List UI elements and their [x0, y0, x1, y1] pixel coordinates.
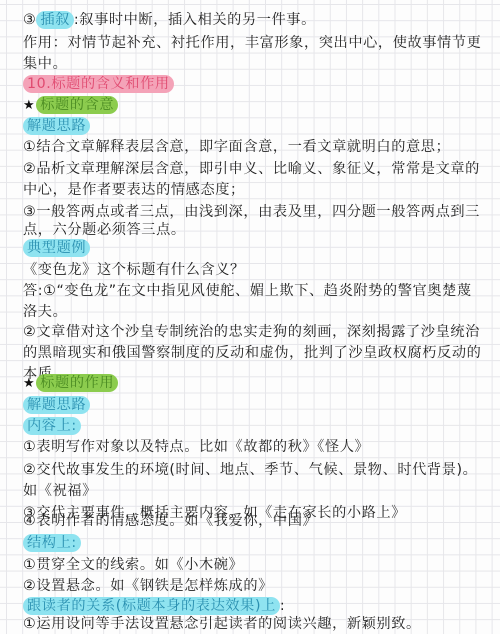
note-line: ③一般答两点或者三点，由浅到深，由表及里，四分题一般答两点到三 — [23, 202, 480, 222]
note-line: ①运用设问等手法设置悬念引起读者的阅读兴趣，新颖别致。 — [23, 614, 480, 634]
star-icon: ★ — [23, 376, 35, 391]
note-line: ②交代故事发生的环境(时间、地点、季节、气候、景物、时代背景)。 — [23, 460, 480, 480]
note-line: 《变色龙》这个标题有什么含义？ — [23, 260, 480, 280]
approach-label: 解题思路 — [23, 117, 90, 135]
example-label-row: 典型题例 — [23, 238, 480, 258]
note-line-insertion: ③插叙:叙事时中断，插入相关的另一件事。 — [23, 10, 480, 30]
note-line: ②设置悬念。如《钢铁是怎样炼成的》 — [23, 576, 480, 596]
subheading-meaning-row: ★标题的含意 — [23, 95, 480, 116]
reader-label-row: 跟读者的关系(标题本身的表达效果)上: — [23, 596, 480, 616]
content-label: 内容上: — [23, 417, 81, 435]
note-line: ①表明写作对象以及特点。比如《故都的秋》《怪人》 — [23, 437, 480, 457]
note-line: ①贯穿全文的线索。如《小木碗》 — [23, 555, 480, 575]
approach-label: 解题思路 — [23, 396, 90, 414]
note-line: 洛夫。 — [23, 302, 480, 322]
structure-label-row: 结构上: — [23, 533, 480, 553]
reader-colon: : — [280, 598, 285, 614]
subheading-meaning: 标题的含意 — [36, 96, 118, 114]
note-line: ②品析文章理解深层含意，即引申义、比喻义、象征义，常常是文章的 — [23, 159, 480, 179]
section-title-row: 10.标题的含义和作用 — [23, 74, 480, 94]
structure-label: 结构上: — [23, 534, 81, 552]
note-line: 答:①“变色龙”在文中指见风使舵、媚上欺下、趋炎附势的警官奥楚蔑 — [23, 281, 480, 301]
approach-label-row: 解题思路 — [23, 395, 480, 415]
section-title: 10.标题的含义和作用 — [23, 75, 174, 93]
note-line: 作用：对情节起补充、衬托作用，丰富形象，突出中心，使故事情节更 — [23, 33, 480, 53]
content-label-row: 内容上: — [23, 416, 480, 436]
approach-label-row: 解题思路 — [23, 116, 480, 136]
note-line: ①结合文章解释表层含意，即字面含意，一看文章就明白的意思； — [23, 137, 480, 157]
note-line: 如《祝福》 — [23, 481, 480, 501]
reader-label: 跟读者的关系(标题本身的表达效果)上 — [23, 597, 280, 615]
subheading-function-row: ★标题的作用 — [23, 373, 480, 394]
line-text: :叙事时中断，插入相关的另一件事。 — [74, 12, 316, 28]
circled-number: ③ — [23, 12, 36, 28]
example-label: 典型题例 — [23, 239, 90, 257]
note-line: 集中。 — [23, 54, 480, 74]
subheading-function: 标题的作用 — [36, 374, 118, 392]
note-line: ②文章借对这个沙皇专制统治的忠实走狗的刻画，深刻揭露了沙皇统治 — [23, 322, 480, 342]
star-icon: ★ — [23, 98, 35, 113]
highlight-insertion: 插叙 — [36, 11, 74, 29]
note-line: 中心，是作者要表达的情感态度； — [23, 180, 480, 200]
note-line: 的黑暗现实和俄国警察制度的反动和虚伪，批判了沙皇政权腐朽反动的 — [23, 343, 480, 363]
note-line: 点，六分题必须答三点。 — [23, 220, 480, 240]
note-page: ③插叙:叙事时中断，插入相关的另一件事。 作用：对情节起补充、衬托作用，丰富形象… — [0, 0, 500, 634]
note-line: ④表明作者的情感态度。如《我爱你，中国》 — [23, 511, 480, 531]
